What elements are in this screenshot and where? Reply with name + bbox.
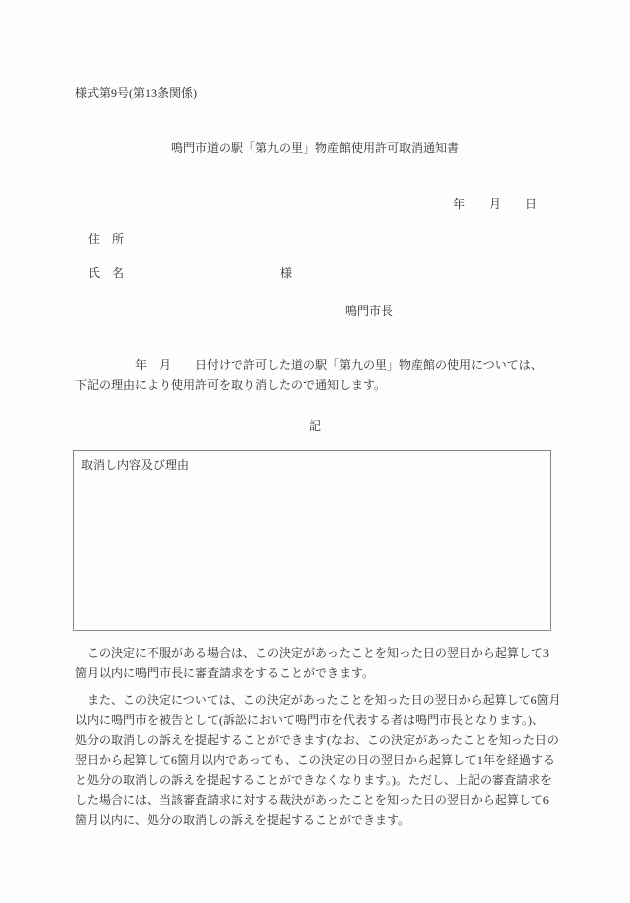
- lawsuit-filing-note: また、この決定については、この決定があったことを知った日の翌日から起算して6箇月…: [75, 690, 580, 830]
- notice-body-paragraph: 年 月 日付けで許可した道の駅「第九の里」物産館の使用については、 下記の理由に…: [75, 355, 575, 395]
- address-label: 住 所: [88, 230, 124, 247]
- name-label: 氏 名: [88, 264, 124, 281]
- form-number: 様式第9号(第13条関係): [75, 84, 197, 101]
- sender-mayor-naruto: 鳴門市長: [345, 302, 393, 319]
- cancellation-reason-box: 取消し内容及び理由: [73, 450, 551, 631]
- date-line: 年 月 日: [453, 195, 537, 212]
- document-title: 鳴門市道の駅「第九の里」物産館使用許可取消通知書: [0, 139, 630, 156]
- appeal-review-request-note: この決定に不服がある場合は、この決定があったことを知った日の翌日から起算して3 …: [75, 643, 580, 683]
- honorific-sama: 様: [280, 264, 292, 281]
- document-page: 様式第9号(第13条関係) 鳴門市道の駅「第九の里」物産館使用許可取消通知書 年…: [0, 0, 630, 903]
- cancellation-reason-box-label: 取消し内容及び理由: [74, 451, 550, 478]
- record-marker: 記: [0, 417, 630, 434]
